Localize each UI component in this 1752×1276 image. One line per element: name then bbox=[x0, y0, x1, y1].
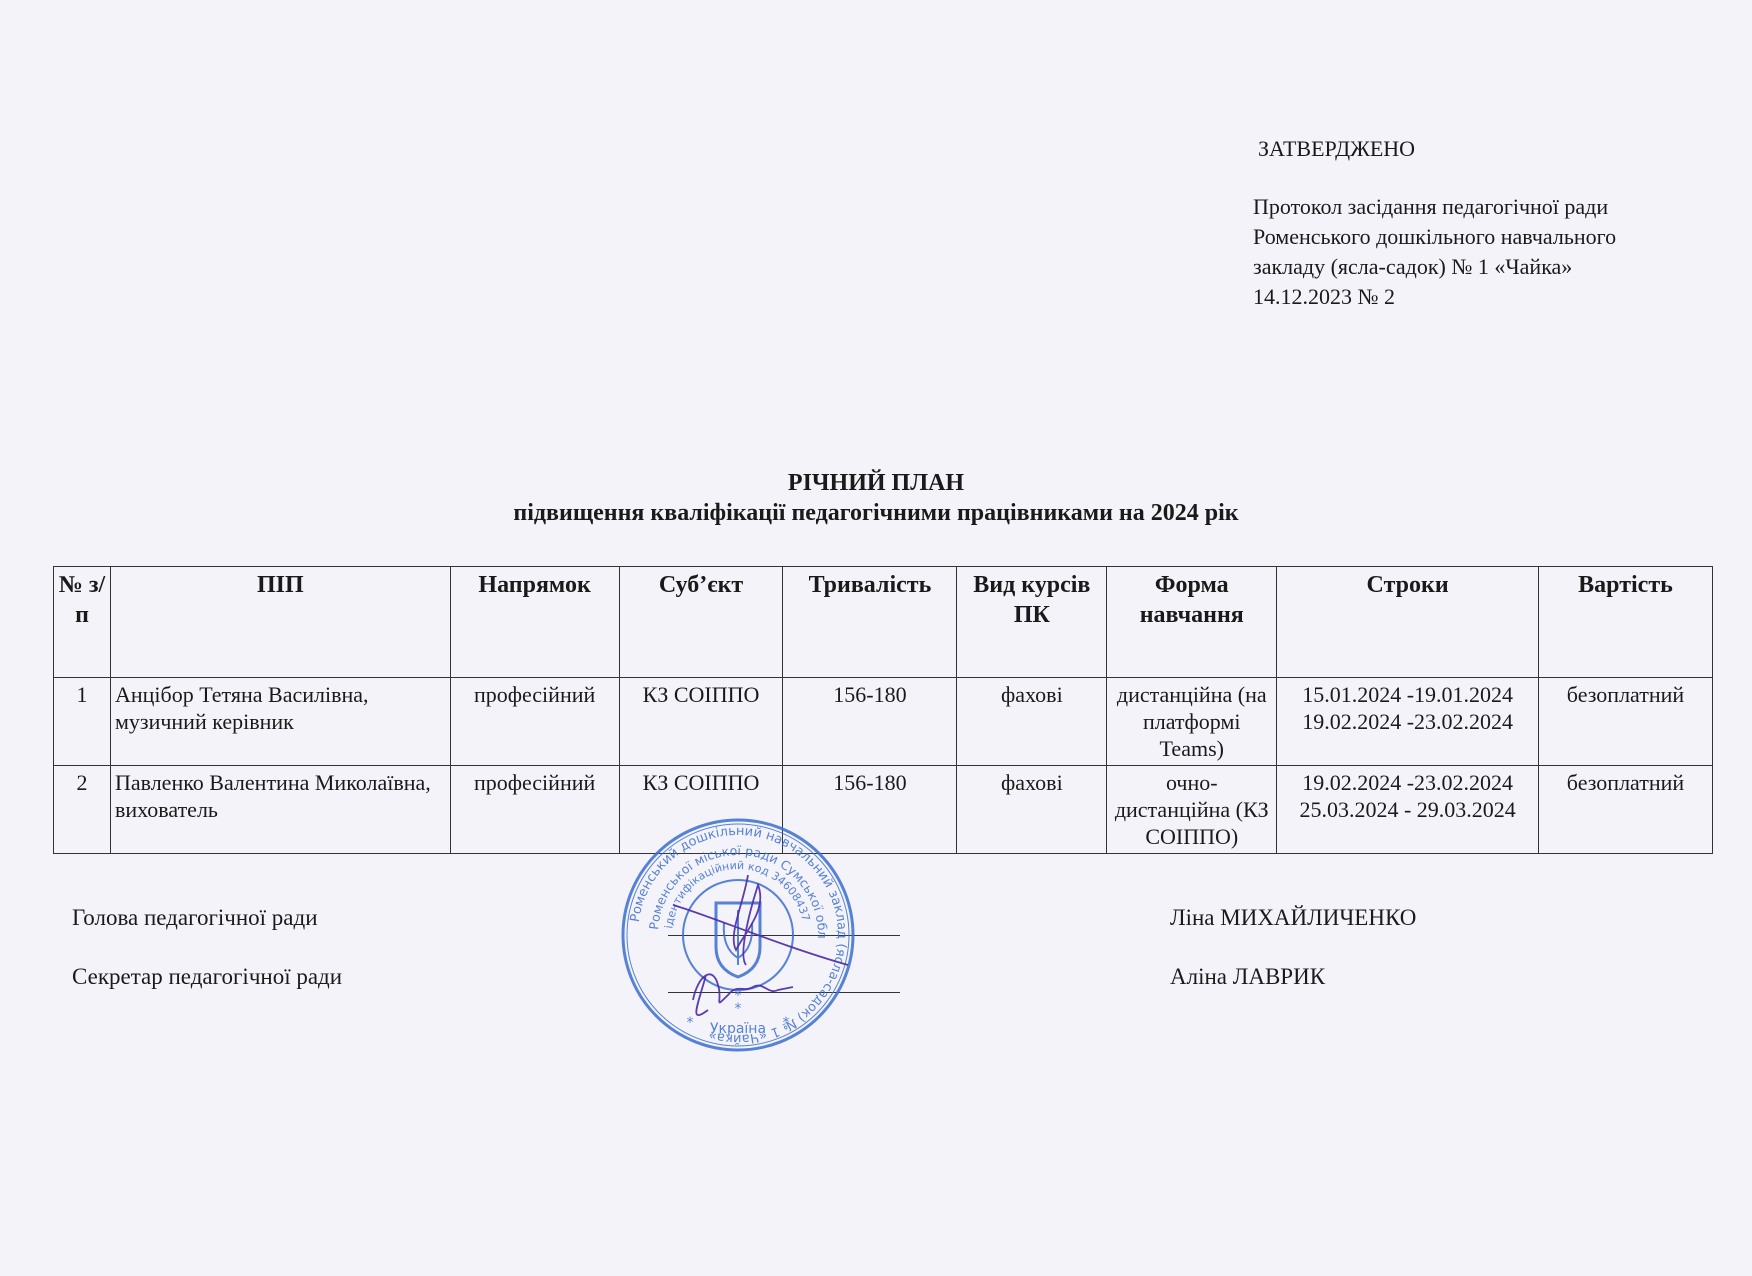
cell-direction: професійний bbox=[450, 766, 619, 854]
approval-block: ЗАТВЕРДЖЕНО Протокол засідання педагогіч… bbox=[1253, 134, 1616, 312]
cell-course-type: фахові bbox=[957, 766, 1107, 854]
cell-form: очно-дистанційна (КЗ СОІППО) bbox=[1107, 766, 1277, 854]
cell-dates: 15.01.2024 -19.01.2024 19.02.2024 -23.02… bbox=[1277, 678, 1539, 766]
cell-duration: 156-180 bbox=[783, 678, 957, 766]
approval-title: ЗАТВЕРДЖЕНО bbox=[1258, 134, 1616, 164]
cell-cost: безоплатний bbox=[1539, 678, 1713, 766]
cell-name: Анцібор Тетяна Василівна, музичний керів… bbox=[110, 678, 450, 766]
approval-line: 14.12.2023 № 2 bbox=[1253, 282, 1616, 312]
cell-direction: професійний bbox=[450, 678, 619, 766]
column-header: № з/п bbox=[54, 567, 111, 678]
training-plan-table: № з/п ПІП Напрямок Суб’єкт Тривалість Ви… bbox=[53, 566, 1713, 854]
column-header: ПІП bbox=[110, 567, 450, 678]
cell-subject: КЗ СОІППО bbox=[619, 678, 783, 766]
date-range: 15.01.2024 -19.01.2024 bbox=[1281, 681, 1534, 708]
cell-num: 2 bbox=[54, 766, 111, 854]
date-range: 19.02.2024 -23.02.2024 bbox=[1281, 708, 1534, 735]
cell-cost: безоплатний bbox=[1539, 766, 1713, 854]
document-heading: РІЧНИЙ ПЛАН підвищення кваліфікації педа… bbox=[0, 468, 1752, 528]
date-range: 25.03.2024 - 29.03.2024 bbox=[1281, 796, 1534, 823]
column-header: Тривалість bbox=[783, 567, 957, 678]
document-subtitle: підвищення кваліфікації педагогічними пр… bbox=[0, 498, 1752, 528]
svg-text:*: * bbox=[783, 1015, 790, 1031]
table-row: 2 Павленко Валентина Миколаївна, виховат… bbox=[54, 766, 1713, 854]
cell-dates: 19.02.2024 -23.02.2024 25.03.2024 - 29.0… bbox=[1277, 766, 1539, 854]
column-header: Форма навчання bbox=[1107, 567, 1277, 678]
cell-name: Павленко Валентина Миколаївна, виховател… bbox=[110, 766, 450, 854]
cell-course-type: фахові bbox=[957, 678, 1107, 766]
column-header: Вартість bbox=[1539, 567, 1713, 678]
svg-text:Україна: Україна bbox=[710, 1021, 766, 1037]
column-header: Напрямок bbox=[450, 567, 619, 678]
document-title: РІЧНИЙ ПЛАН bbox=[0, 468, 1752, 498]
column-header: Строки bbox=[1277, 567, 1539, 678]
table-row: 1 Анцібор Тетяна Василівна, музичний кер… bbox=[54, 678, 1713, 766]
chair-name: Ліна МИХАЙЛИЧЕНКО bbox=[1170, 903, 1416, 933]
svg-text:*: * bbox=[687, 1015, 694, 1031]
approval-line: закладу (ясла-садок) № 1 «Чайка» bbox=[1253, 252, 1616, 282]
cell-form: дистанційна (на платформі Teams) bbox=[1107, 678, 1277, 766]
column-header: Вид курсів ПК bbox=[957, 567, 1107, 678]
column-header: Суб’єкт bbox=[619, 567, 783, 678]
secretary-name: Аліна ЛАВРИК bbox=[1170, 962, 1325, 992]
table-header-row: № з/п ПІП Напрямок Суб’єкт Тривалість Ви… bbox=[54, 567, 1713, 678]
date-range: 19.02.2024 -23.02.2024 bbox=[1281, 769, 1534, 796]
cell-num: 1 bbox=[54, 678, 111, 766]
approval-line: Роменського дошкільного навчального bbox=[1253, 222, 1616, 252]
approval-line: Протокол засідання педагогічної ради bbox=[1253, 192, 1616, 222]
official-stamp-icon: Роменський дошкільний навчальний заклад … bbox=[618, 815, 858, 1055]
svg-text:*: * bbox=[735, 1001, 742, 1017]
chair-role: Голова педагогічної ради bbox=[72, 903, 318, 933]
secretary-role: Секретар педагогічної ради bbox=[72, 962, 342, 992]
